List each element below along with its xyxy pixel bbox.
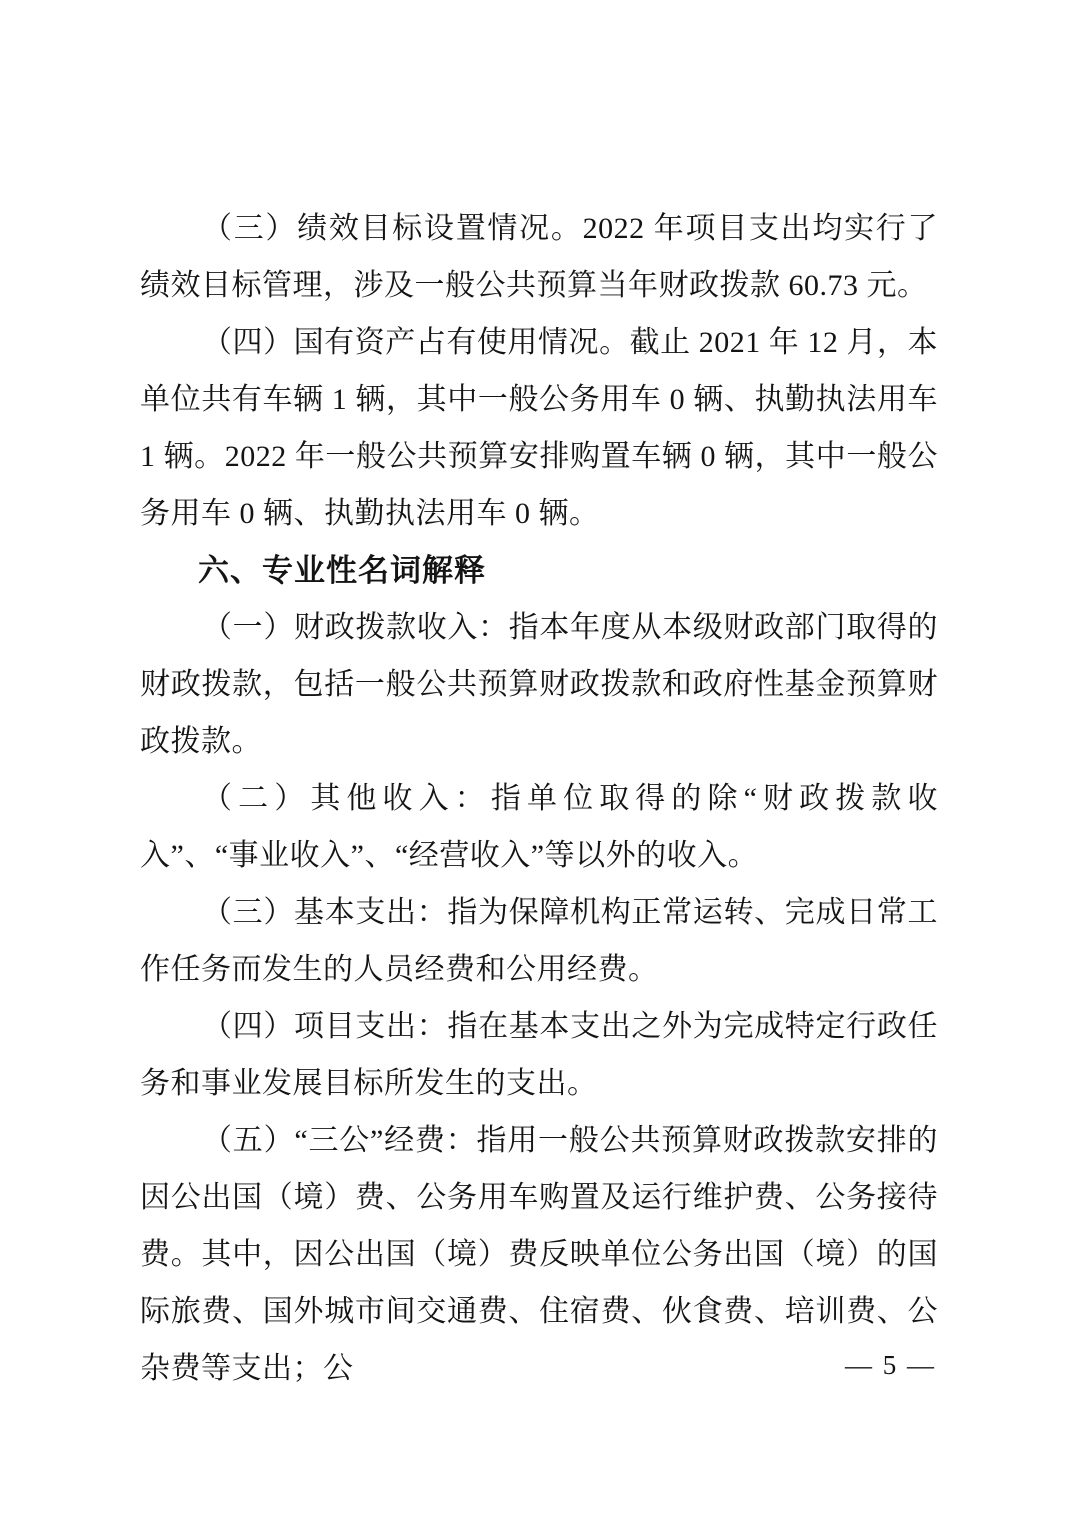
- glossary-item-three-public-funds: （五）“三公”经费：指用一般公共预算财政拨款安排的因公出国（境）费、公务用车购置…: [140, 1112, 938, 1397]
- glossary-item-project-expenditure: （四）项目支出：指在基本支出之外为完成特定行政任务和事业发展目标所发生的支出。: [140, 998, 938, 1112]
- page-body: （三）绩效目标设置情况。2022 年项目支出均实行了绩效目标管理，涉及一般公共预…: [140, 200, 938, 1397]
- document-page: （三）绩效目标设置情况。2022 年项目支出均实行了绩效目标管理，涉及一般公共预…: [0, 0, 1074, 1520]
- glossary-item-fiscal-appropriation-income: （一）财政拨款收入：指本年度从本级财政部门取得的财政拨款，包括一般公共预算财政拨…: [140, 599, 938, 770]
- page-number: — 5 —: [845, 1348, 936, 1382]
- glossary-item-basic-expenditure: （三）基本支出：指为保障机构正常运转、完成日常工作任务而发生的人员经费和公用经费…: [140, 884, 938, 998]
- paragraph-state-assets: （四）国有资产占有使用情况。截止 2021 年 12 月，本单位共有车辆 1 辆…: [140, 314, 938, 542]
- glossary-item-other-income: （二）其他收入：指单位取得的除“财政拨款收入”、“事业收入”、“经营收入”等以外…: [140, 770, 938, 884]
- paragraph-performance-targets: （三）绩效目标设置情况。2022 年项目支出均实行了绩效目标管理，涉及一般公共预…: [140, 200, 938, 314]
- section-heading-glossary: 六、专业性名词解释: [140, 542, 938, 599]
